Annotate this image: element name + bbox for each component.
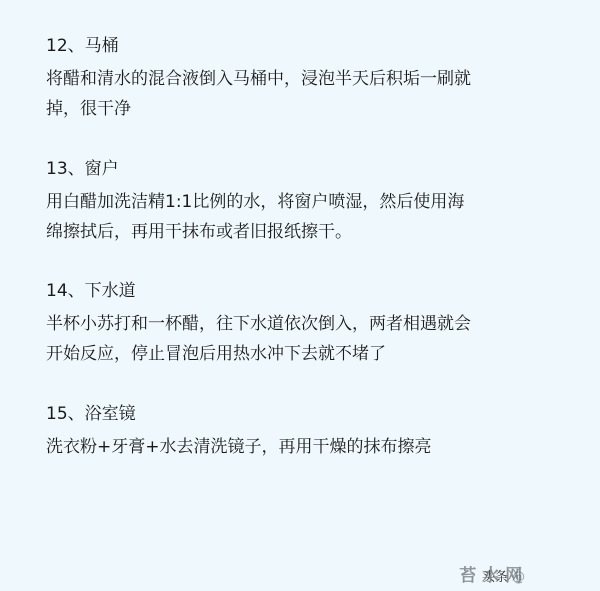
body-line: 半杯小苏打和一杯醋，往下水道依次倒入，两者相遇就会 <box>46 309 566 339</box>
section-drain: 14、下水道 半杯小苏打和一杯醋，往下水道依次倒入，两者相遇就会 开始反应，停止… <box>46 279 566 369</box>
section-body: 半杯小苏打和一杯醋，往下水道依次倒入，两者相遇就会 开始反应，停止冒泡后用热水冲… <box>46 309 566 369</box>
section-body: 用白醋加洗洁精1:1比例的水，将窗户喷湿，然后使用海 绵擦拭后，再用干抹布或者旧… <box>46 187 566 247</box>
body-line: 掉，很干净 <box>46 94 566 124</box>
body-line: 将醋和清水的混合液倒入马桶中，浸泡半天后积垢一刷就 <box>46 64 566 94</box>
body-line: 开始反应，停止冒泡后用热水冲下去就不堵了 <box>46 339 566 369</box>
section-mirror: 15、浴室镜 洗衣粉+牙膏+水去清洗镜子，再用干燥的抹布擦亮 <box>46 402 566 462</box>
watermark: 头条 @ 苔水网 <box>482 561 528 586</box>
section-toilet: 12、马桶 将醋和清水的混合液倒入马桶中，浸泡半天后积垢一刷就 掉，很干净 <box>46 34 566 124</box>
watermark-overlay: 苔水网 <box>459 566 528 586</box>
section-title: 15、浴室镜 <box>46 402 566 426</box>
section-title: 13、窗户 <box>46 157 566 181</box>
body-line: 用白醋加洗洁精1:1比例的水，将窗户喷湿，然后使用海 <box>46 187 566 217</box>
section-title: 14、下水道 <box>46 279 566 303</box>
section-body: 将醋和清水的混合液倒入马桶中，浸泡半天后积垢一刷就 掉，很干净 <box>46 64 566 124</box>
body-line: 绵擦拭后，再用干抹布或者旧报纸擦干。 <box>46 217 566 247</box>
body-line: 洗衣粉+牙膏+水去清洗镜子，再用干燥的抹布擦亮 <box>46 432 566 462</box>
section-body: 洗衣粉+牙膏+水去清洗镜子，再用干燥的抹布擦亮 <box>46 432 566 462</box>
section-title: 12、马桶 <box>46 34 566 58</box>
section-window: 13、窗户 用白醋加洗洁精1:1比例的水，将窗户喷湿，然后使用海 绵擦拭后，再用… <box>46 157 566 247</box>
